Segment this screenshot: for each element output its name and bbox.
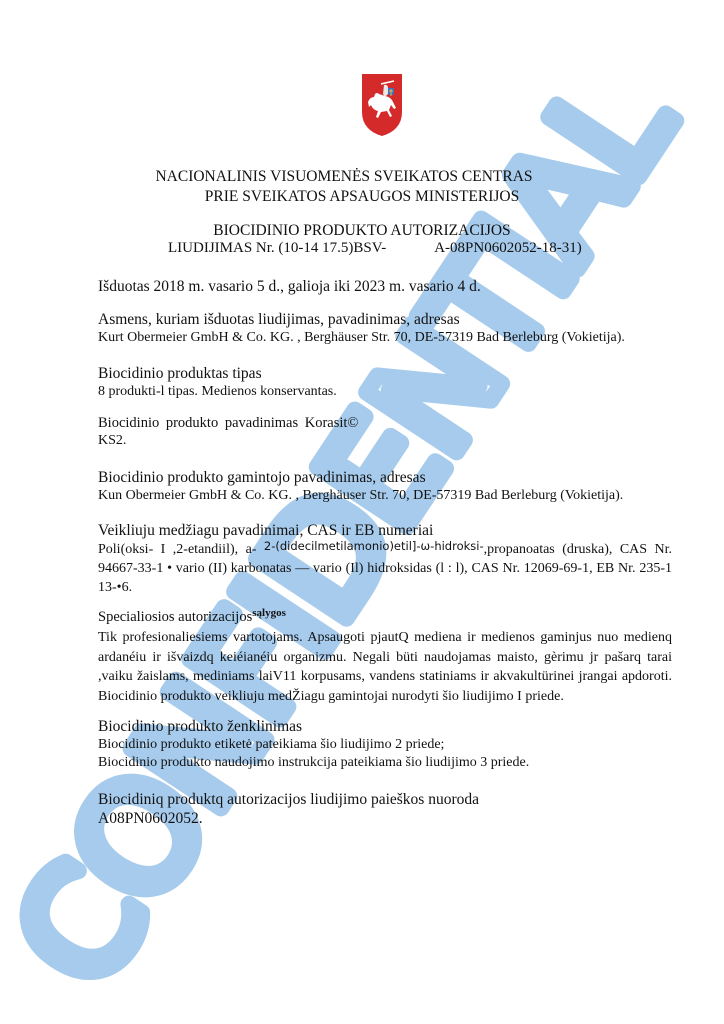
header-ministry: PRIE SVEIKATOS APSAUGOS MINISTERIJOS — [0, 187, 724, 207]
issue-validity: Išduotas 2018 m. vasario 5 d., galioja i… — [98, 277, 672, 296]
certificate-number: LIUDIJIMAS Nr. (10-14 17.5)BSV-A-08PN060… — [168, 240, 582, 257]
substances-text-b: 2-(didecilmetilamonio)etil]-ω-hidroksi- — [264, 539, 484, 553]
conditions-value: Tik profesionaliesiems vartotojams. Apsa… — [98, 628, 672, 706]
substances-text-a: Poli(oksi- I ,2-etandiil), a- — [98, 542, 264, 557]
product-name-label: Biocidinio produkto pavadinimas Korasit© — [98, 414, 672, 432]
section-conditions: Specialiosios autorizacijossąlygos Tik p… — [98, 608, 672, 706]
conditions-label-suffix: sąlygos — [252, 607, 286, 619]
certificate-number-prefix: LIUDIJIMAS Nr. (10-14 17.5)BSV- — [168, 240, 386, 256]
labeling-value-1: Biocidinio produkto etiketė pateikiama š… — [98, 736, 672, 754]
manufacturer-value: Kun Obermeier GmbH & Co. KG. , Berghäuse… — [98, 487, 672, 505]
substances-label: Veikliuju medžiagu pavadinimai, CAS ir E… — [98, 521, 672, 540]
conditions-label-text: Specialiosios autorizacijos — [98, 609, 252, 625]
section-active-substances: Veikliuju medžiagu pavadinimai, CAS ir E… — [98, 521, 672, 597]
type-value: 8 produkti-l tipas. Medienos konservanta… — [98, 383, 672, 401]
section-labeling: Biocidinio produkto ženklinimas Biocidin… — [98, 717, 672, 772]
type-label: Biocidinio produktas tipas — [98, 364, 672, 383]
holder-value: Kurt Obermeier GmbH & Co. KG. , Berghäus… — [98, 329, 672, 347]
section-product-name: Biocidinio produkto pavadinimas Korasit©… — [98, 414, 672, 450]
reference-value: A08PN0602052. — [98, 809, 672, 828]
lithuanian-coat-of-arms-icon — [361, 72, 403, 138]
conditions-label: Specialiosios autorizacijossąlygos — [98, 608, 672, 628]
certificate-page: CONFIDENTIAL NACIONALINIS VISUOMENĖS SVE… — [0, 0, 724, 1024]
section-type: Biocidinio produktas tipas 8 produkti-l … — [98, 364, 672, 401]
section-reference: Biocidiniq produktq autorizacijos liudij… — [98, 790, 672, 828]
header-institution: NACIONALINIS VISUOMENĖS SVEIKATOS CENTRA… — [0, 167, 706, 187]
section-holder: Asmens, kuriam išduotas liudijimas, pava… — [98, 310, 672, 347]
substances-value: Poli(oksi- I ,2-etandiil), a- 2-(didecil… — [98, 540, 672, 597]
product-name-value: KS2. — [98, 432, 672, 450]
holder-label: Asmens, kuriam išduotas liudijimas, pava… — [98, 310, 672, 329]
manufacturer-label: Biocidinio produkto gamintojo pavadinima… — [98, 468, 672, 487]
labeling-label: Biocidinio produkto ženklinimas — [98, 717, 672, 736]
reference-label: Biocidiniq produktq autorizacijos liudij… — [98, 790, 672, 809]
labeling-value-2: Biocidinio produkto naudojimo instrukcij… — [98, 754, 672, 772]
document-title: BIOCIDINIO PRODUKTO AUTORIZACIJOS — [0, 221, 724, 241]
section-manufacturer: Biocidinio produkto gamintojo pavadinima… — [98, 468, 672, 505]
certificate-number-code: A-08PN0602052-18-31) — [434, 240, 582, 256]
